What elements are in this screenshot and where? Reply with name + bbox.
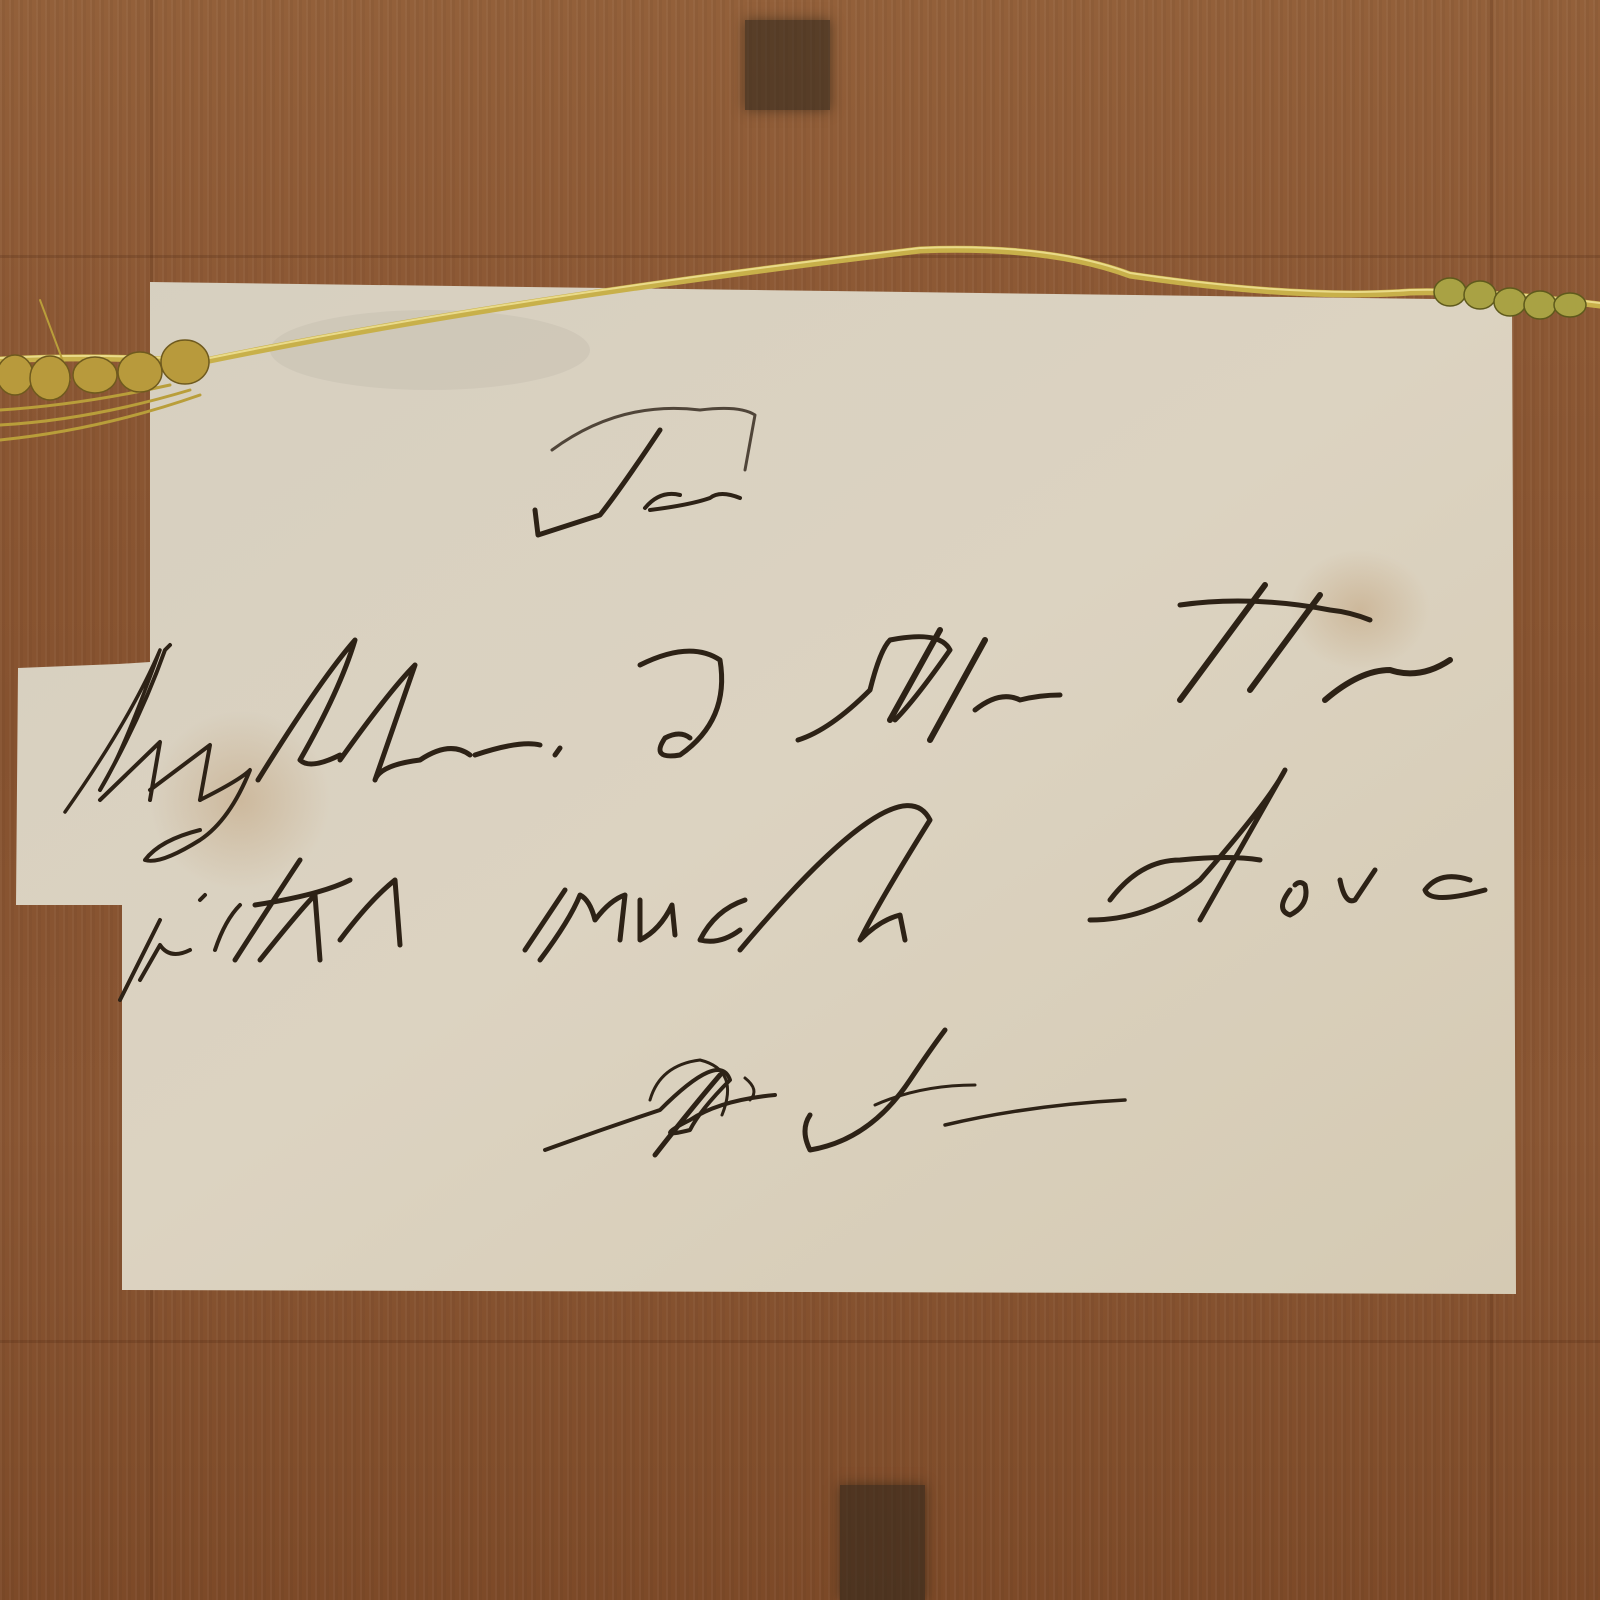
label-artwork (0, 0, 1600, 1600)
